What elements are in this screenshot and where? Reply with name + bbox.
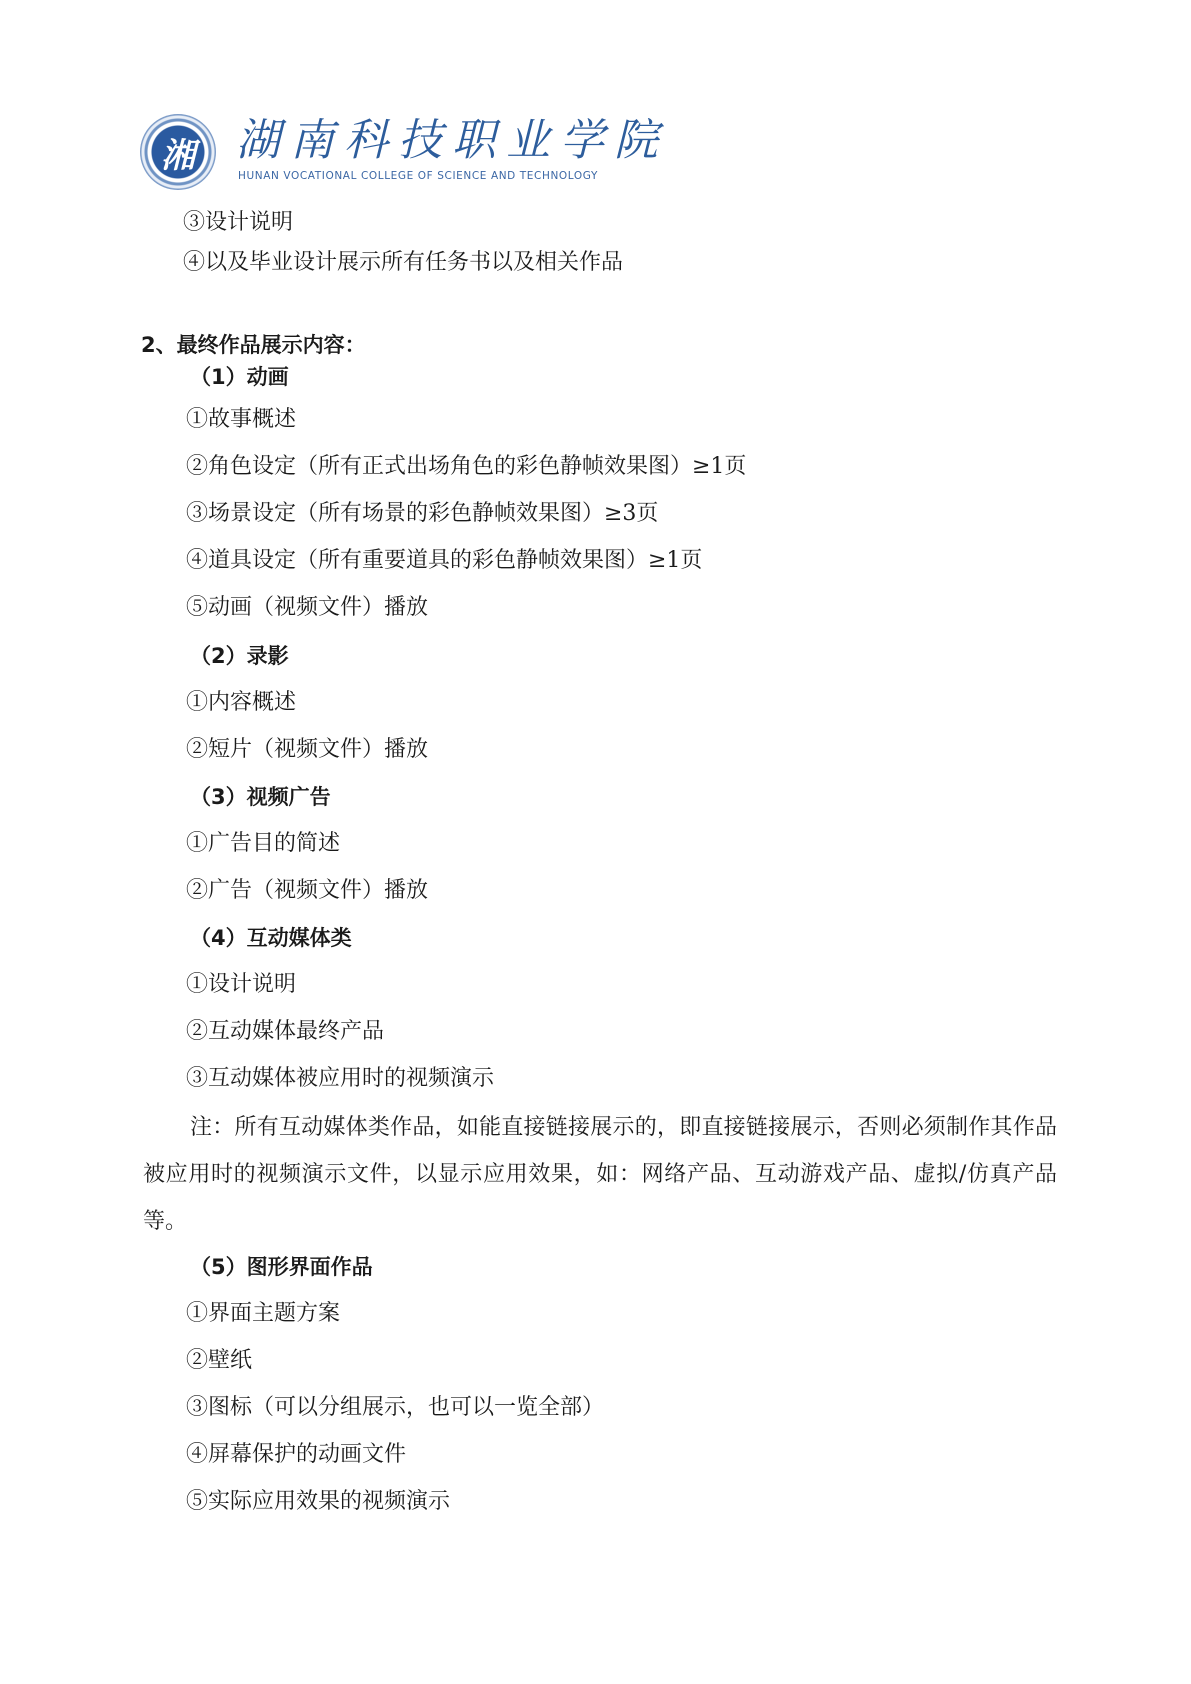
- list-item: ③场景设定（所有场景的彩色静帧效果图）≥3页: [186, 499, 658, 529]
- list-item: ①设计说明: [186, 970, 296, 1000]
- list-item: ③图标（可以分组展示，也可以一览全部）: [186, 1393, 604, 1423]
- list-item: ④屏幕保护的动画文件: [186, 1440, 406, 1470]
- list-item: ①故事概述: [186, 405, 296, 435]
- list-item: ⑤动画（视频文件）播放: [186, 593, 428, 623]
- group-title-animation: （1）动画: [190, 362, 289, 392]
- college-emblem-icon: 湘: [140, 114, 216, 190]
- group-title-video-ad: （3）视频广告: [190, 782, 331, 812]
- list-item: ②广告（视频文件）播放: [186, 876, 428, 906]
- emblem-glyph: 湘: [140, 114, 216, 190]
- list-item: ②壁纸: [186, 1346, 252, 1376]
- list-item: ④道具设定（所有重要道具的彩色静帧效果图）≥1页: [186, 546, 702, 576]
- list-item: ②短片（视频文件）播放: [186, 735, 428, 765]
- section-heading: 2、最终作品展示内容：: [141, 330, 366, 360]
- list-item: ⑤实际应用效果的视频演示: [186, 1487, 450, 1517]
- list-item: ①广告目的简述: [186, 829, 340, 859]
- group-title-gui-works: （5）图形界面作品: [190, 1252, 373, 1282]
- list-item: ③互动媒体被应用时的视频演示: [186, 1064, 494, 1094]
- college-logo: 湘 湖南科技职业学院 HUNAN VOCATIONAL COLLEGE OF S…: [140, 112, 610, 192]
- logo-english-name: HUNAN VOCATIONAL COLLEGE OF SCIENCE AND …: [238, 170, 598, 182]
- list-item: ①界面主题方案: [186, 1299, 340, 1329]
- group-title-interactive-media: （4）互动媒体类: [190, 923, 352, 953]
- list-item: ①内容概述: [186, 688, 296, 718]
- intro-item: ③设计说明: [183, 208, 293, 238]
- list-item: ②互动媒体最终产品: [186, 1017, 384, 1047]
- interactive-media-note: 注：所有互动媒体类作品，如能直接链接展示的，即直接链接展示，否则必须制作其作品被…: [143, 1104, 1057, 1245]
- group-title-recording: （2）录影: [190, 641, 289, 671]
- list-item: ②角色设定（所有正式出场角色的彩色静帧效果图）≥1页: [186, 452, 746, 482]
- logo-chinese-name: 湖南科技职业学院: [236, 116, 668, 166]
- intro-item: ④以及毕业设计展示所有任务书以及相关作品: [183, 248, 623, 278]
